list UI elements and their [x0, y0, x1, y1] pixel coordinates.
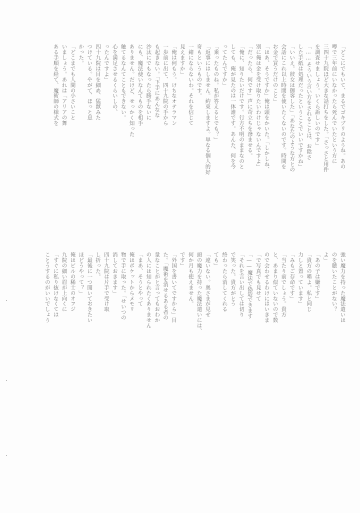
text-column: と、あまり似ていないので数	[270, 252, 278, 474]
scan-artifact	[6, 380, 7, 381]
text-column: 四十九院は片手で受け取	[101, 252, 109, 474]
text-column: 「だったら、何です」声に苛立ちを滲ませる。	[245, 44, 253, 240]
text-column: 見えますか」	[177, 44, 185, 240]
text-column: 心を満足させるくらいしの、	[110, 44, 118, 240]
text-column: も起きない。「下手にあんなな	[152, 44, 160, 240]
text-column: 「——魔法で偽造できます	[245, 252, 253, 474]
text-column: 三四十九院ほど大きな話打ちをした。「さっさと用件	[321, 44, 329, 240]
text-column: 別に俺は金を受け取りたいわけじゃないんですよ」	[253, 44, 261, 240]
text-column: です」	[177, 252, 185, 474]
text-column: お金で買うだけのこと」	[270, 44, 278, 240]
text-column: ほどうやって？」	[76, 252, 84, 474]
text-column: ので会わせるわけにはいきま	[262, 252, 270, 474]
lower-text-tier: 強い魔力を持った魔法遣いは のを聴いたことがない？ よ」 「あの子は嫌です」 「…	[28, 252, 346, 474]
text-column: にも、魔法使いなんてものを相手	[135, 44, 143, 240]
text-column: 頭の魔力を持った魔法遣いには、	[194, 252, 202, 474]
text-column: 「みもご存命です」	[287, 252, 295, 474]
text-column: 「最後に一つ聞いておきたい	[84, 252, 92, 474]
text-column: 「すぐに私り抜けなくては	[51, 252, 59, 474]
text-column: 四十九院は目を細め、猛獣みた	[93, 44, 101, 240]
scan-artifact	[6, 455, 7, 456]
text-column: の人には知られたくありません	[144, 252, 152, 474]
text-column: 俺はポケットからメモリ	[127, 252, 135, 474]
text-column: 「外国を書いてですから」目	[169, 252, 177, 474]
text-column: 噂で三年前にいなかったら死んでいたという方に	[329, 44, 337, 240]
text-column: 沙汰にでもなったら勝手ないに	[144, 44, 152, 240]
text-column: しても、俺が見たのは一体誰です。あんた、何を今	[228, 44, 236, 240]
text-column: 俺はビルの稀士のオフジ	[68, 252, 76, 474]
text-column: た。「魔術を消せるある者の	[160, 252, 168, 474]
text-column: 「乗ったものね。私が答えるとでも？」	[211, 44, 219, 240]
text-column: 「あの子は嫌です」	[312, 252, 320, 474]
text-column: かった。	[76, 44, 84, 240]
text-column: 「当たり前でしょう。貴方	[279, 252, 287, 474]
text-column: し折った。	[93, 252, 101, 474]
text-column: 何か月も使えません。	[186, 252, 194, 474]
scan-artifact	[6, 300, 7, 301]
text-column: 「どこにでもいて、まるでゴキブリのようね。あの	[338, 44, 346, 240]
text-column: で笑った。貴方がとう	[228, 252, 236, 474]
text-column: いましょう。あれは「アリアの舞	[59, 44, 67, 240]
text-column: 「それを言い出しては切り	[236, 252, 244, 474]
text-column: 触てるなんてこともできない。	[118, 44, 126, 240]
text-column: 「貴方の嘆よ。私と同じ	[304, 252, 312, 474]
text-column: した手紙は処理だったということでいいですかね」	[295, 44, 303, 240]
text-column: 「いいえ。彼女は御客した」「あなたのような方との	[287, 44, 295, 240]
upper-text-tier: 「どこにでもいて、まるでゴキブリのようね。あの 噂で三年前にいなかったら死んでい…	[28, 44, 346, 240]
text-column: 一歩前に出て、四十九院の手から	[160, 44, 168, 240]
text-column: 「返事にはしません。約束しますよ。単なる個人的好	[203, 44, 211, 240]
text-column: ありません。だけど、せっかく知った	[127, 44, 135, 240]
text-column: 量なことがと言ってもおわか	[152, 252, 160, 474]
text-column: 九院の細い眉が上向くに	[59, 252, 67, 474]
text-column: ても」	[211, 252, 219, 474]
text-column: 物で手に取った。「せいつの	[118, 252, 126, 474]
text-column: 会話にこれ以上時間を使いたくないのです。時間を	[279, 44, 287, 240]
text-column: ってたんですか」	[219, 44, 227, 240]
text-column: つけている。やがて、ほっと息	[84, 44, 92, 240]
text-column: 力しと置っています」	[295, 252, 303, 474]
text-column: 消しておきます」	[110, 252, 118, 474]
text-column: のを聴いたことがない？	[329, 252, 337, 474]
text-column: 「まあ、そうとやって	[135, 252, 143, 474]
scanned-novel-page: 「どこにでもいて、まるでゴキブリのようね。あの 噂で三年前にいなかったら死んでい…	[0, 0, 360, 513]
text-column: 「……そういう言い方をされることは、お陰さ	[304, 44, 312, 240]
text-column: 奇もというものです。	[194, 44, 202, 240]
text-column: ことうするのがいいでしょう	[42, 252, 50, 474]
text-column: ったんですよ」	[101, 44, 109, 240]
text-column: 「どこまでも人間の小さいこと	[68, 44, 76, 240]
text-column: 「俺は何もう。けちなオテラマン	[169, 44, 177, 240]
text-column: よ」	[321, 252, 329, 474]
text-column: 「で写真でも見せて	[253, 252, 261, 474]
text-column: を調査せましょう。いくら訴しいのです」	[312, 44, 320, 240]
text-column: 強い魔力を持った魔法遣いは	[338, 252, 346, 474]
text-column: 一緒にならないわ。それを信じて	[186, 44, 194, 240]
text-column: 「はあ、そうですか」俺は頭をかいた。「しかしね、	[262, 44, 270, 240]
text-column: ある手順を経て、魔術師の様式を	[51, 44, 59, 240]
text-column: 「俺に、知りたいだけです。行方不明のままなのと	[236, 44, 244, 240]
text-column: 終わったら消してくれる	[219, 252, 227, 474]
text-column: 「違いない。奥さまが見せ	[203, 252, 211, 474]
